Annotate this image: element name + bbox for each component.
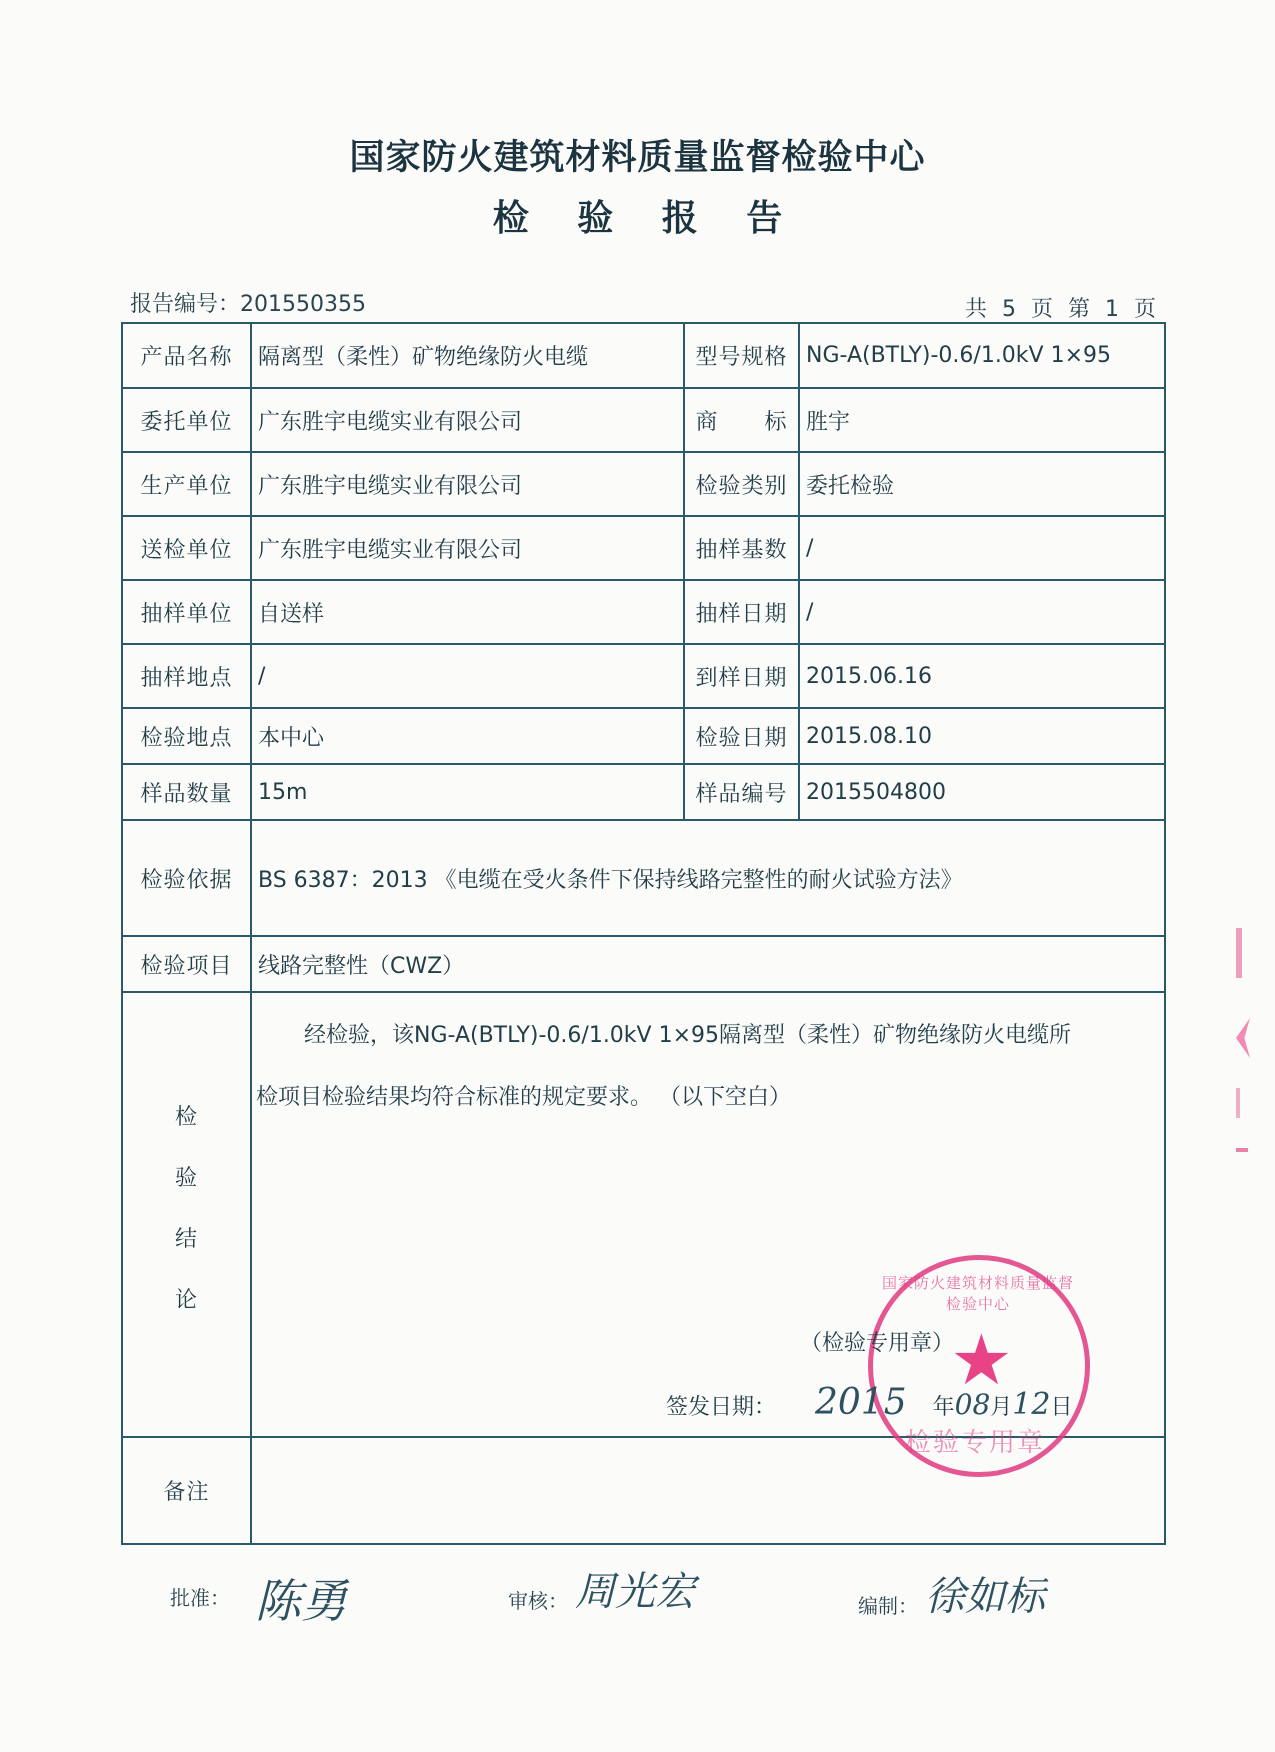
- label-conclusion: 检 验 结 论: [121, 1087, 251, 1331]
- label-manufacturer: 生产单位: [123, 453, 250, 515]
- label-inspection-location: 检验地点: [123, 709, 250, 763]
- value-sampling-unit: 自送样: [252, 581, 683, 643]
- value-model-spec: NG-A(BTLY)-0.6/1.0kV 1×95: [800, 324, 1166, 387]
- seal-bottom-text: 检验专用章: [905, 1422, 1045, 1459]
- label-model-spec: 型号规格: [685, 324, 798, 387]
- label-sampling-base: 抽样基数: [685, 517, 798, 579]
- report-number-value: 201550355: [240, 292, 366, 317]
- label-inspection-basis: 检验依据: [123, 821, 250, 935]
- value-trademark: 胜宇: [800, 389, 1166, 451]
- review-label: 审核：: [508, 1585, 568, 1614]
- value-client: 广东胜宇电缆实业有限公司: [252, 389, 683, 451]
- conclusion-char: 验: [175, 1148, 197, 1209]
- value-product-name: 隔离型（柔性）矿物绝缘防火电缆: [252, 324, 683, 387]
- conclusion-line-2: 检项目检验结果均符合标准的规定要求。 （以下空白）: [256, 1066, 791, 1130]
- report-number-label: 报告编号：: [130, 292, 240, 317]
- day-char: 日: [1050, 1395, 1072, 1420]
- value-inspection-date: 2015.08.10: [800, 709, 1166, 763]
- report-number: 报告编号：201550355: [130, 287, 366, 318]
- label-remarks: 备注: [123, 1438, 250, 1543]
- seam-stamp-mark: [1236, 920, 1254, 1152]
- conclusion-char: 论: [175, 1270, 197, 1331]
- label-trademark: 商 标: [685, 389, 798, 451]
- conclusion-char: 结: [175, 1209, 197, 1270]
- organization-title: 国家防火建筑材料质量监督检验中心: [0, 130, 1275, 180]
- issue-day: 12: [1012, 1387, 1050, 1422]
- label-client: 委托单位: [123, 389, 250, 451]
- value-sampling-location: /: [252, 645, 683, 707]
- compile-label: 编制：: [858, 1590, 918, 1619]
- page-info: 共 5 页 第 1 页: [965, 292, 1160, 323]
- label-inspection-date: 检验日期: [685, 709, 798, 763]
- seal-note: （检验专用章）: [800, 1326, 954, 1357]
- label-submitter: 送检单位: [123, 517, 250, 579]
- label-inspection-type: 检验类别: [685, 453, 798, 515]
- issue-year: 2015: [815, 1382, 907, 1423]
- label-sampling-unit: 抽样单位: [123, 581, 250, 643]
- label-sample-number: 样品编号: [685, 765, 798, 819]
- table-border-bottom: [121, 1543, 1166, 1545]
- year-char: 年: [933, 1395, 955, 1420]
- approve-label: 批准：: [170, 1582, 230, 1611]
- label-sampling-date: 抽样日期: [685, 581, 798, 643]
- label-inspection-item: 检验项目: [123, 937, 250, 991]
- value-arrival-date: 2015.06.16: [800, 645, 1166, 707]
- approve-signature: 陈勇: [255, 1565, 347, 1631]
- value-sampling-base: /: [800, 517, 1166, 579]
- label-sampling-location: 抽样地点: [123, 645, 250, 707]
- issue-date: 2015年08月12日: [815, 1382, 1073, 1423]
- label-arrival-date: 到样日期: [685, 645, 798, 707]
- value-inspection-item: 线路完整性（CWZ）: [252, 937, 1158, 991]
- label-sample-quantity: 样品数量: [123, 765, 250, 819]
- value-inspection-location: 本中心: [252, 709, 683, 763]
- issue-month: 08: [955, 1388, 991, 1421]
- conclusion-line-1: 经检验，该NG-A(BTLY)-0.6/1.0kV 1×95隔离型（柔性）矿物绝…: [304, 1004, 1071, 1068]
- value-submitter: 广东胜宇电缆实业有限公司: [252, 517, 683, 579]
- value-inspection-type: 委托检验: [800, 453, 1166, 515]
- value-sample-number: 2015504800: [800, 765, 1166, 819]
- document-title: 检 验 报 告: [0, 190, 1275, 241]
- row-divider: [121, 991, 1166, 993]
- value-sampling-date: /: [800, 581, 1166, 643]
- label-product-name: 产品名称: [123, 324, 250, 387]
- month-char: 月: [990, 1395, 1012, 1420]
- value-sample-quantity: 15m: [252, 765, 683, 819]
- value-manufacturer: 广东胜宇电缆实业有限公司: [252, 453, 683, 515]
- issue-date-label: 签发日期：: [666, 1390, 776, 1421]
- value-inspection-basis: BS 6387：2013 《电缆在受火条件下保持线路完整性的耐火试验方法》: [252, 821, 1158, 935]
- compile-signature: 徐如标: [925, 1565, 1045, 1622]
- seal-arc-text: 国家防火建筑材料质量监督检验中心: [878, 1272, 1078, 1314]
- review-signature: 周光宏: [575, 1560, 695, 1617]
- conclusion-char: 检: [175, 1087, 197, 1148]
